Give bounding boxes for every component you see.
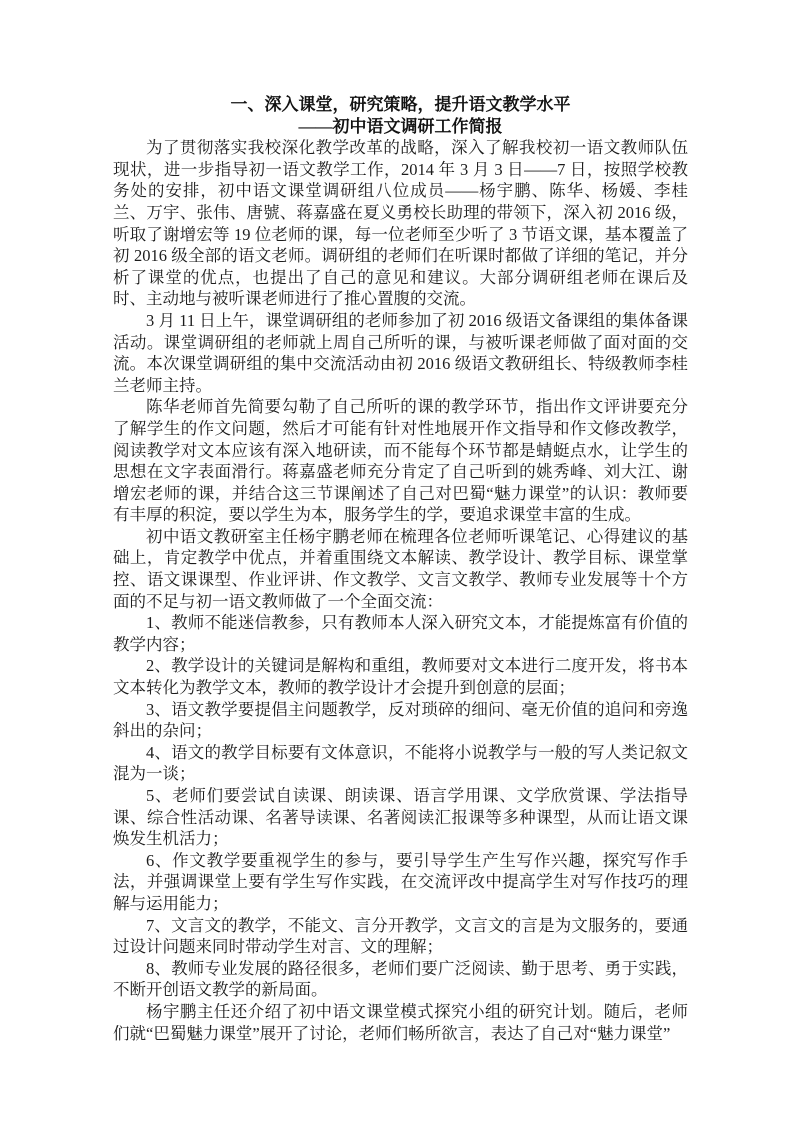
document-page: 一、深入课堂，研究策略，提升语文教学水平 ——初中语文调研工作简报 为了贯彻落实… xyxy=(0,0,800,1130)
paragraph-chenhua: 陈华老师首先简要勾勒了自己所听的课的教学环节，指出作文评讲要充分了解学生的作文问… xyxy=(113,396,688,526)
document-body: 一、深入课堂，研究策略，提升语文教学水平 ——初中语文调研工作简报 为了贯彻落实… xyxy=(113,94,688,1044)
list-item-3: 3、语文教学要提倡主问题教学，反对琐碎的细问、毫无价值的追问和旁逸斜出的杂问； xyxy=(113,699,688,742)
document-subtitle: ——初中语文调研工作简报 xyxy=(113,116,688,138)
paragraph-meeting: 3 月 11 日上午，课堂调研组的老师参加了初 2016 级语文备课组的集体备课… xyxy=(113,310,688,396)
document-title: 一、深入课堂，研究策略，提升语文教学水平 xyxy=(113,94,688,116)
paragraph-closing: 杨宇鹏主任还介绍了初中语文课堂模式探究小组的研究计划。随后，老师们就“巴蜀魅力课… xyxy=(113,1001,688,1044)
paragraph-intro: 为了贯彻落实我校深化教学改革的战略，深入了解我校初一语文教师队伍现状，进一步指导… xyxy=(113,137,688,310)
paragraph-yangyupeng-summary: 初中语文教研室主任杨宇鹏老师在梳理各位老师听课笔记、心得建议的基础上，肯定教学中… xyxy=(113,526,688,612)
list-item-2: 2、教学设计的关键词是解构和重组，教师要对文本进行二度开发，将书本文本转化为教学… xyxy=(113,655,688,698)
list-item-7: 7、文言文的教学，不能文、言分开教学，文言文的言是为文服务的，要通过设计问题来同… xyxy=(113,915,688,958)
list-item-8: 8、教师专业发展的路径很多，老师们要广泛阅读、勤于思考、勇于实践，不断开创语文教… xyxy=(113,958,688,1001)
list-item-4: 4、语文的教学目标要有文体意识，不能将小说教学与一般的写人类记叙文混为一谈； xyxy=(113,742,688,785)
list-item-1: 1、教师不能迷信教参，只有教师本人深入研究文本，才能提炼富有价值的教学内容； xyxy=(113,612,688,655)
list-item-5: 5、老师们要尝试自读课、朗读课、语言学用课、文学欣赏课、学法指导课、综合性活动课… xyxy=(113,785,688,850)
list-item-6: 6、作文教学要重视学生的参与，要引导学生产生写作兴趣，探究写作手法，并强调课堂上… xyxy=(113,850,688,915)
